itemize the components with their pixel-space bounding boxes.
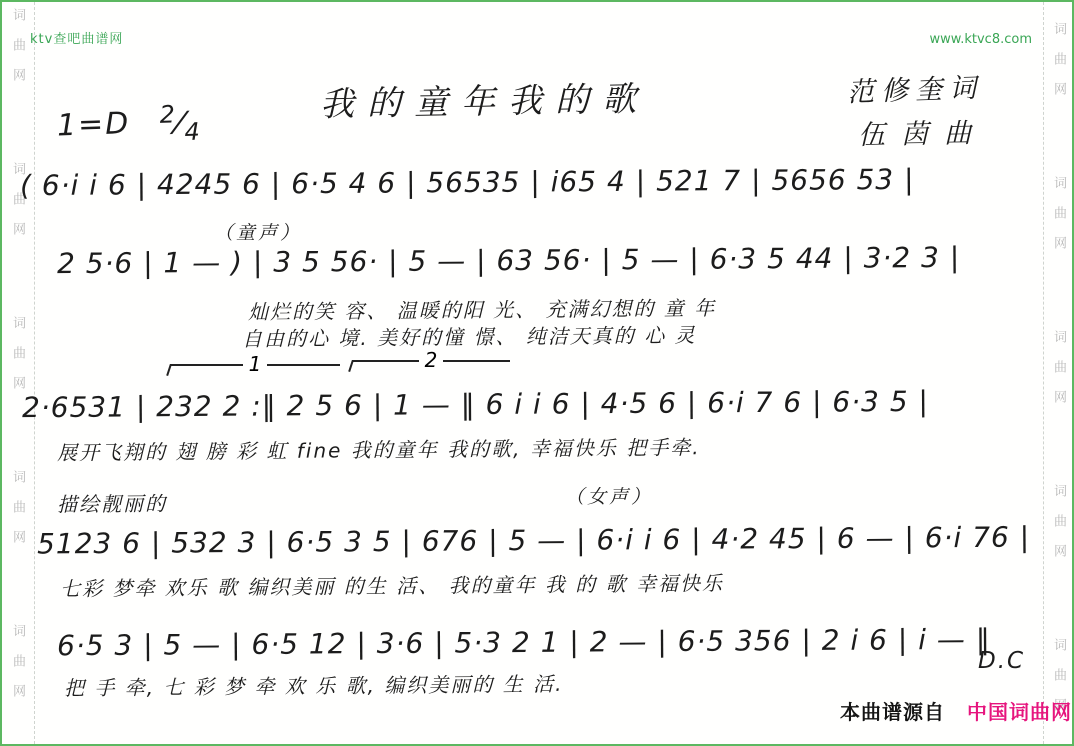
left-margin-divider xyxy=(34,2,35,744)
footer-credit: 本曲谱源自 中国词曲网 xyxy=(840,696,1072,725)
time-signature-numerator: 2 xyxy=(159,100,177,129)
credit-site-name: 中国词曲网 xyxy=(967,696,1072,725)
volta-2-bracket: 2 xyxy=(352,360,510,376)
notation-line-1: ( 6·i i 6 | 4245 6 | 6·5 4 6 | 56535 | i… xyxy=(20,163,915,202)
notation-line-5: 6·5 3 | 5 — | 6·5 12 | 3·6 | 5·3 2 1 | 2… xyxy=(57,623,991,663)
lyric-line-2b: 自由的心 境. 美好的憧 憬、 纯洁天真的 心 灵 xyxy=(242,319,697,352)
time-signature: 2 ⁄ 4 xyxy=(159,105,202,141)
da-capo-mark: D.C xyxy=(978,648,1025,674)
notation-line-3: 2·6531 | 232 2 :‖ 2 5 6 | 1 — ‖ 6 i i 6 … xyxy=(22,385,929,424)
volta-1-bracket: 1 xyxy=(170,364,340,380)
watermark-left: 词曲网 词曲网 词曲网 词曲网 词曲网 词曲网 词曲网 xyxy=(8,8,27,740)
site-logo-text: ktv查吧曲谱网 xyxy=(30,28,123,47)
right-margin-divider xyxy=(1043,2,1044,744)
volta-1-number: 1 xyxy=(243,352,268,376)
lyric-line-4: 七彩 梦牵 欢乐 歌 编织美丽 的生 活、 我的童年 我 的 歌 幸福快乐 xyxy=(60,567,724,602)
watermark-right: 词曲网 词曲网 词曲网 词曲网 词曲网 词曲网 词曲网 xyxy=(1049,22,1068,740)
time-signature-denominator: 4 xyxy=(184,117,202,146)
key-time-signature: 1=D 2 ⁄ 4 xyxy=(56,103,202,145)
site-url: www.ktvc8.com xyxy=(930,32,1032,47)
credit-prefix: 本曲谱源自 xyxy=(840,696,945,725)
notation-line-2: 2 5·6 | 1 — ) | 3 5 56· | 5 — | 63 56· |… xyxy=(57,241,960,280)
section-label-child-voice: （童声） xyxy=(214,218,302,245)
lyric-line-5: 把 手 牵, 七 彩 梦 牵 欢 乐 歌, 编织美丽的 生 活. xyxy=(64,668,564,701)
volta-2-number: 2 xyxy=(419,348,444,372)
notation-line-4: 5123 6 | 532 3 | 6·5 3 5 | 676 | 5 — | 6… xyxy=(37,521,1030,561)
composer-credit: 伍茵曲 xyxy=(858,111,988,152)
lyric-line-3b: 描绘靓丽的 xyxy=(57,488,167,518)
section-label-female-voice: （女声） xyxy=(565,482,653,509)
score-page: 词曲网 词曲网 词曲网 词曲网 词曲网 词曲网 词曲网 词曲网 词曲网 词曲网 … xyxy=(0,0,1074,746)
key-signature: 1=D xyxy=(56,106,131,144)
lyricist-credit: 范修奎词 xyxy=(846,66,983,110)
song-title: 我的童年我的歌 xyxy=(320,71,650,126)
lyric-line-3: 展开飞翔的 翅 膀 彩 虹 fine 我的童年 我的歌, 幸福快乐 把手牵. xyxy=(57,431,701,466)
